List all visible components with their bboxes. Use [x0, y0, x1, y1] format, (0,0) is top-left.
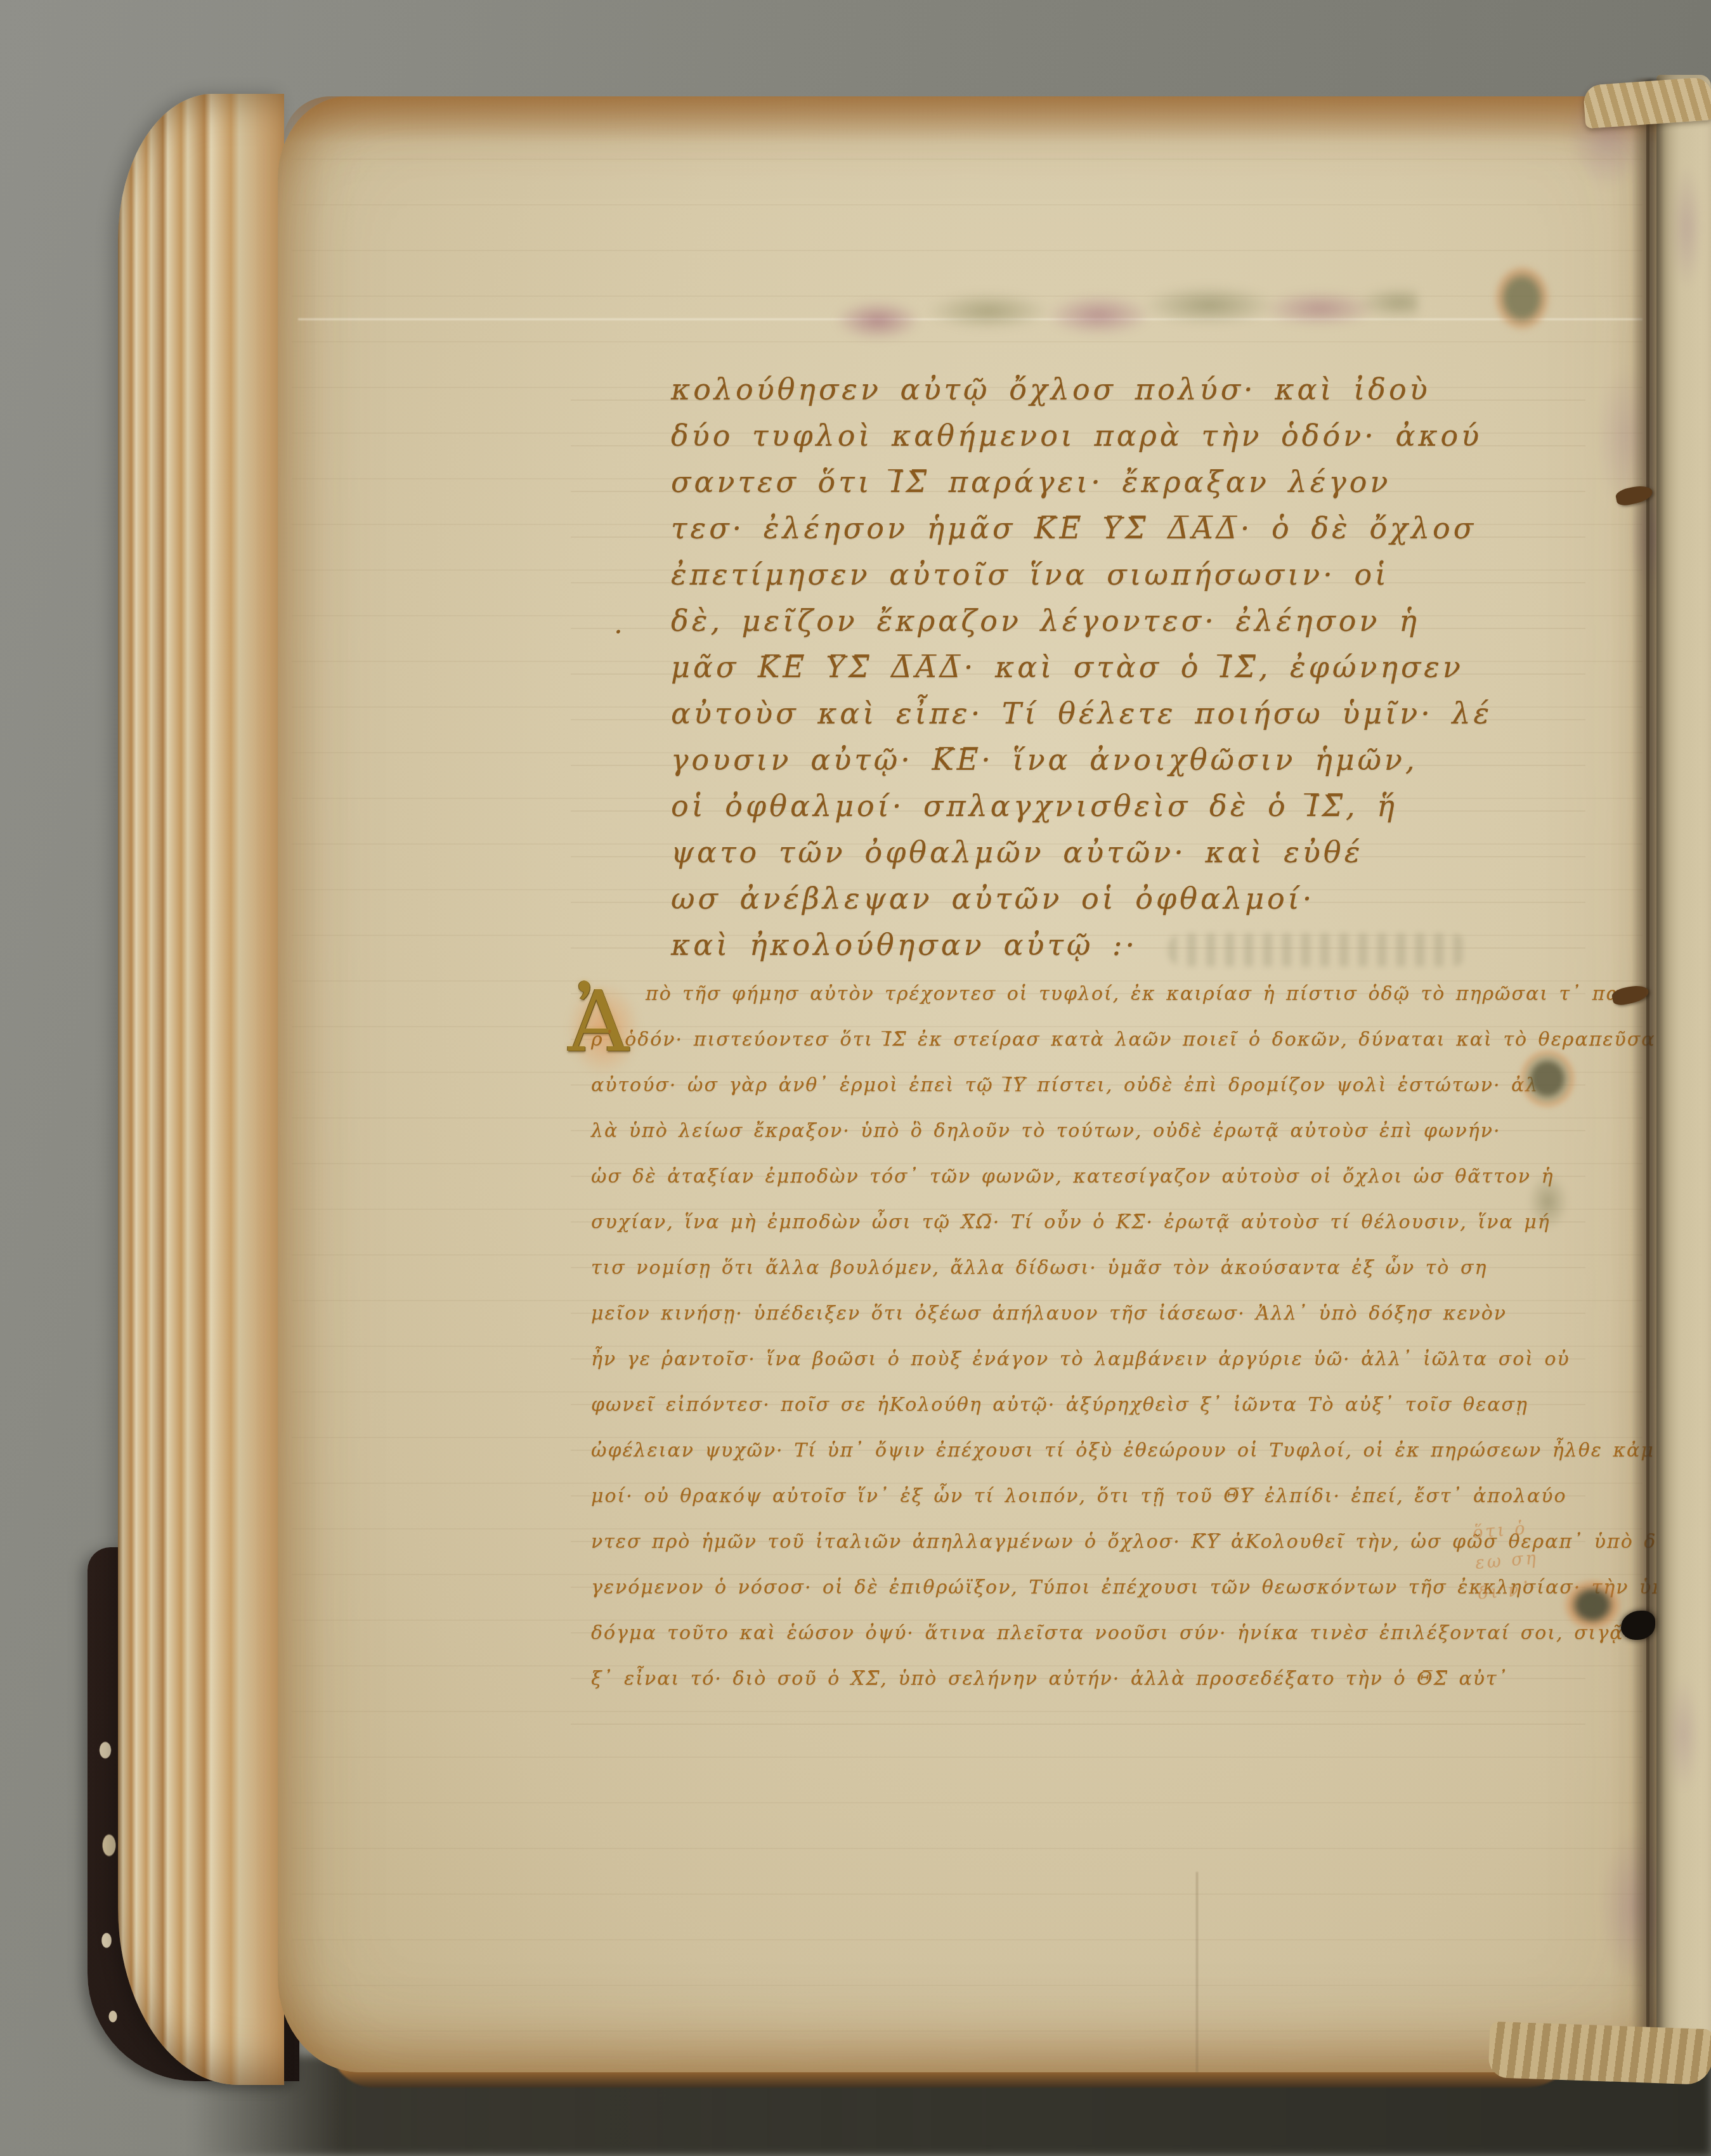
marginal-punctuation-dot: · [614, 616, 623, 649]
commentary-line: συχίαν, ἵνα μὴ ἐμποδὼν ὦσι τῷ Χ̅Ω̅· Τί ο… [591, 1200, 1580, 1245]
commentary-line: μοί· οὐ θρακόψ αὐτοῖσ ἵν᾽ ἐξ ὧν τί λοιπό… [591, 1474, 1580, 1519]
commentary-line: ἦν γε ῥαντοῖσ· ἵνα βοῶσι ὁ ποὺξ ἐνάγον τ… [591, 1337, 1580, 1382]
gospel-line: κολούθησεν αὐτῷ ὄχλοσ πολύσ· καὶ ἰδοὺ [671, 367, 1533, 413]
gospel-line: ἐπετίμησεν αὐτοῖσ ἵνα σιωπήσωσιν· οἱ [671, 552, 1533, 598]
gospel-text-block: κολούθησεν αὐτῷ ὄχλοσ πολύσ· καὶ ἰδοὺ δύ… [671, 367, 1533, 968]
commentary-line: αὐτούσ· ὡσ γὰρ ἀνθ᾽ ἑρμοὶ ἐπεὶ τῷ Ι̅Υ̅ π… [591, 1063, 1580, 1108]
rubric-stain-blob [1485, 255, 1559, 341]
commentary-line: ὡσ δὲ ἀταξίαν ἐμποδὼν τόσ᾽ τῶν φωνῶν, κα… [591, 1154, 1580, 1200]
orange-offset-letters: ὅτι ὁ εω ση δι ν᾽ [1471, 1505, 1631, 1609]
top-edge-browning [283, 96, 1656, 143]
gutter-crease-line [1646, 82, 1649, 2067]
commentary-text-block: πὸ τῆσ φήμησ αὐτὸν τρέχοντεσ οἱ τυφλοί, … [591, 971, 1580, 1702]
commentary-line: τισ νομίσῃ ὅτι ἄλλα βουλόμεν, ἄλλα δίδωσ… [591, 1245, 1580, 1291]
gospel-line: δύο τυφλοὶ καθήμενοι παρὰ τὴν ὁδόν· ἀκού [671, 413, 1533, 459]
photograph-background: κολούθησεν αὐτῷ ὄχλοσ πολύσ· καὶ ἰδοὺ δύ… [0, 0, 1711, 2156]
gospel-line: ψατο τῶν ὀφθαλμῶν αὐτῶν· καὶ εὐθέ [671, 829, 1533, 876]
commentary-line: ρ᾽ ὁδόν· πιστεύοντεσ ὅτι Ι̅Σ̅ ἐκ στείρασ… [591, 1017, 1580, 1063]
faint-olive-stain [1521, 1164, 1575, 1239]
endband-tail [1488, 2022, 1711, 2085]
gospel-line: αὐτοὺσ καὶ εἶπε· Τί θέλετε ποιήσω ὑμῖν· … [671, 691, 1533, 737]
purple-mold-stain [1660, 1656, 1706, 1812]
endband-head [1583, 77, 1711, 129]
gospel-line: τεσ· ἐλέησον ἡμᾶσ Κ̅Ε̅ Υ̅Σ̅ Δ̅Α̅Δ̅· ὁ δὲ… [671, 505, 1533, 552]
commentary-line: λὰ ὑπὸ λείωσ ἔκραξον· ὑπὸ ὃ δηλοῦν τὸ το… [591, 1108, 1580, 1154]
erased-rubric-smudge [804, 265, 1418, 349]
gospel-line: μᾶσ Κ̅Ε̅ Υ̅Σ̅ Δ̅Α̅Δ̅· καὶ στὰσ ὁ Ι̅Σ̅, ἐ… [671, 644, 1533, 691]
purple-mold-stain [1667, 143, 1707, 312]
commentary-line: φωνεῖ εἰπόντεσ· ποῖσ σε ἠΚολούθη αὐτῷ· ἀ… [591, 1382, 1580, 1428]
fore-edge-page-stack [118, 94, 284, 2085]
commentary-line: ξ᾽ εἶναι τό· διὸ σοῦ ὁ Χ̅Σ̅, ὑπὸ σελήνην… [591, 1656, 1580, 1702]
gospel-line: σαντεσ ὅτι Ι̅Σ̅ παράγει· ἔκραξαν λέγον [671, 459, 1533, 505]
gospel-line: γουσιν αὐτῷ· Κ̅Ε̅· ἵνα ἀνοιχθῶσιν ἡμῶν, [671, 737, 1533, 783]
gospel-line: οἱ ὀφθαλμοί· σπλαγχνισθεὶσ δὲ ὁ Ι̅Σ̅, ἥ [671, 783, 1533, 829]
olive-ring-stain [1512, 1041, 1583, 1116]
commentary-line: γενόμενον ὁ νόσοσ· οἱ δὲ ἐπιθρώϊξον, Τύπ… [591, 1565, 1580, 1611]
commentary-line: ὠφέλειαν ψυχῶν· Τί ὑπ᾽ ὄψιν ἐπέχουσι τί … [591, 1428, 1580, 1474]
gospel-line: δὲ, μεῖζον ἔκραζον λέγοντεσ· ἐλέησον ἡ [671, 598, 1533, 644]
gospel-line: ωσ ἀνέβλεψαν αὐτῶν οἱ ὀφθαλμοί· [671, 876, 1533, 922]
commentary-line: δόγμα τοῦτο καὶ ἑώσον ὀψύ· ἅτινα πλεῖστα… [591, 1611, 1580, 1656]
vertical-fold-crease [1196, 1872, 1198, 2072]
commentary-line: μεῖον κινήσῃ· ὑπέδειξεν ὅτι ὀξέωσ ἀπήλαυ… [591, 1291, 1580, 1337]
ink-offset-ghost-text [1168, 933, 1466, 966]
commentary-line: ντεσ πρὸ ἡμῶν τοῦ ἰταλιῶν ἀπηλλαγμένων ὁ… [591, 1519, 1580, 1565]
commentary-line: πὸ τῆσ φήμησ αὐτὸν τρέχοντεσ οἱ τυφλοί, … [591, 971, 1580, 1017]
